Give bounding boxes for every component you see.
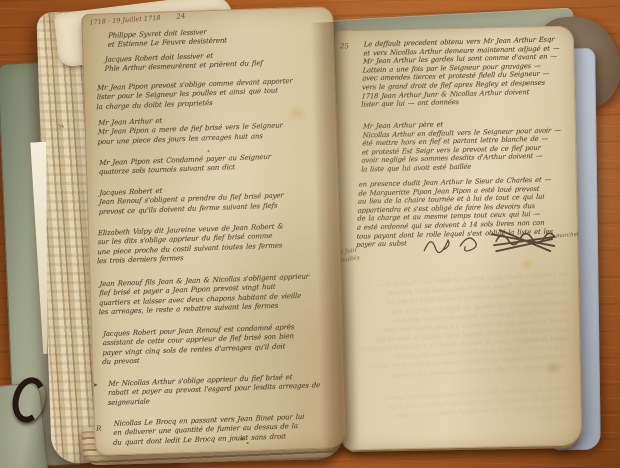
manuscript-paragraph: Le deffault precedent obtenu vers Mr Jea…: [361, 35, 570, 109]
margin-arrow-mark: ➤: [93, 382, 98, 389]
manuscript-paragraph: Jacques Robert et Jean Renouf s'obligent…: [99, 181, 326, 217]
signature-scribble: [418, 219, 579, 262]
right-page: en presence dudit Jean Arthur le Sieur d…: [334, 26, 583, 451]
margin-r-mark: R: [96, 425, 102, 433]
left-page: 1718 · 19 Juillet 171824 Philippe Syvret…: [81, 6, 347, 456]
ink-bleed-through: Jacques Robert pour Jean Renouf est cond…: [357, 384, 574, 433]
manuscript-paragraph: Jacques Robert pour Jean Renouf est cond…: [102, 322, 333, 368]
folio-number-right: 25: [340, 42, 349, 50]
ink-speck: [207, 150, 209, 152]
manuscript-paragraph: Nicollas Le Brocq en passant vers Jean B…: [113, 412, 338, 448]
manuscript-paragraph: Elizabeth Valpy dit Jaureine veuve de Je…: [97, 221, 328, 267]
manuscript-paragraph: Jean Renouf fils Jean & Jean & Nicollas …: [98, 272, 331, 318]
manuscript-paragraph: Mr Jean Pipon prevost s'oblige comme dev…: [96, 76, 323, 112]
manuscript-paragraph: Jacques Robert doit lessiver et Phle Art…: [104, 48, 320, 75]
manuscript-paragraph: Mr Nicollas Arthur s'oblige apprieur du …: [108, 372, 337, 408]
manuscript-paragraph: Mr Jean Pipon est Condamné payer au Seig…: [99, 151, 325, 178]
manuscript-paragraph: Mr Jean Arthur père et Nicollas Arthur e…: [361, 117, 569, 174]
entry-heading: 1718 · 19 Juillet 171824: [89, 12, 185, 26]
photo-scene: ¼ en presence dudit Jean Arthur le Sieur…: [0, 0, 620, 468]
ink-speck: [240, 437, 243, 440]
ink-speck: [247, 442, 249, 444]
manuscript-paragraph: Philippe Syvret doit lessiver et Estienn…: [108, 24, 320, 50]
heading-date: 1718 · 19 Juillet 1718: [89, 14, 161, 27]
folio-number-left: 24: [176, 12, 185, 21]
stack-margin-mark: ¼: [57, 122, 65, 131]
manuscript-paragraph: Mr Jean Arthur et Mr Jean Pipon a mere d…: [97, 111, 324, 147]
